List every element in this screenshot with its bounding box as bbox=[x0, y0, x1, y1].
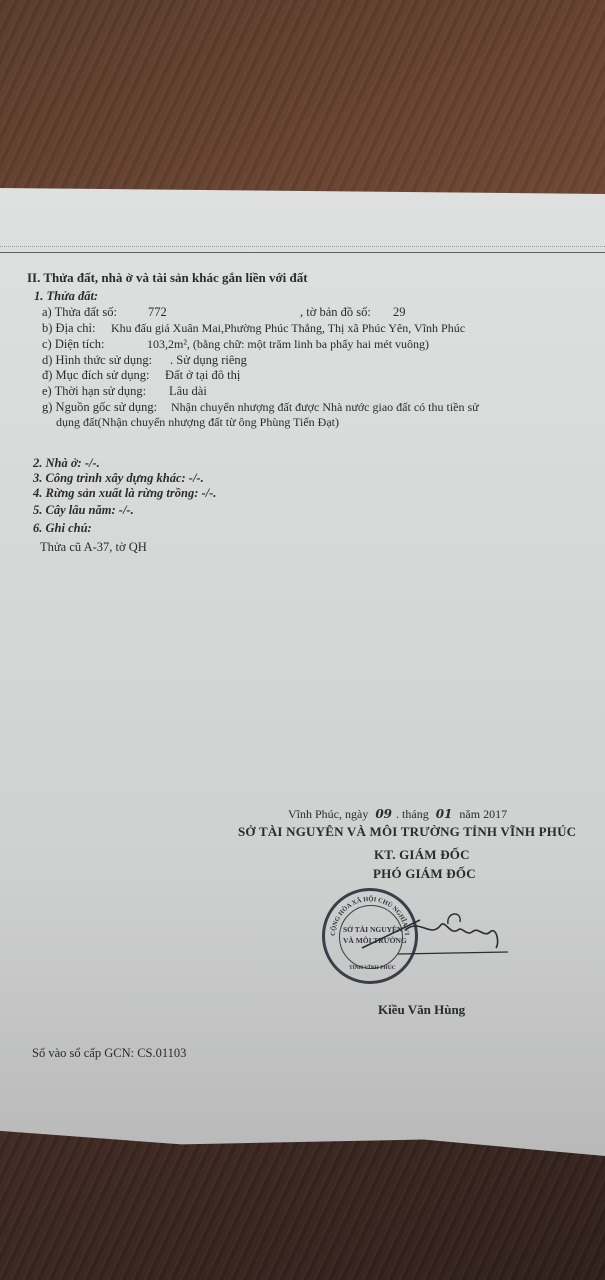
year-label: năm bbox=[459, 807, 480, 821]
item-label: 6. Ghi chú: bbox=[33, 521, 92, 535]
faint-divider bbox=[0, 246, 605, 248]
signer-title: PHÓ GIÁM ĐỐC bbox=[373, 867, 476, 881]
usage-form-label: d) Hình thức sử dụng: bbox=[42, 353, 152, 367]
place-date-prefix: Vĩnh Phúc, ngày bbox=[288, 807, 368, 821]
registry-label: Số vào sổ cấp GCN: bbox=[32, 1046, 134, 1060]
item-label: 2. Nhà ở: bbox=[33, 456, 82, 470]
day-handwritten: 09 bbox=[371, 807, 396, 821]
item-label: 3. Công trình xây dựng khác: bbox=[33, 471, 186, 485]
term-label: e) Thời hạn sử dụng: bbox=[42, 384, 146, 398]
section-divider bbox=[0, 252, 605, 253]
item-label: 5. Cây lâu năm: bbox=[33, 503, 116, 517]
address-value: Khu đấu giá Xuân Mai,Phường Phúc Thắng, … bbox=[111, 321, 465, 335]
on-behalf-title: KT. GIÁM ĐỐC bbox=[374, 848, 470, 862]
origin-label: g) Nguồn gốc sử dụng: bbox=[42, 400, 157, 414]
year-value: 2017 bbox=[483, 807, 507, 821]
agency-name: SỞ TÀI NGUYÊN VÀ MÔI TRƯỜNG TỈNH VĨNH PH… bbox=[238, 825, 576, 839]
usage-form-value: . Sử dụng riêng bbox=[170, 353, 247, 367]
note-value: Thửa cũ A-37, tờ QH bbox=[40, 540, 147, 554]
signer-name: Kiều Văn Hùng bbox=[378, 1003, 465, 1017]
purpose-label: đ) Mục đích sử dụng: bbox=[42, 368, 149, 382]
parcel-number: 772 bbox=[148, 305, 167, 319]
registry-line: Số vào sổ cấp GCN: CS.01103 bbox=[32, 1046, 186, 1060]
item-value: -/-. bbox=[189, 471, 204, 485]
section-title: II. Thửa đất, nhà ở và tài sản khác gắn … bbox=[27, 271, 308, 285]
origin-line-2: dụng đất(Nhận chuyển nhượng đất từ ông P… bbox=[56, 415, 339, 429]
term-value: Lâu dài bbox=[169, 384, 207, 398]
item-notes: 6. Ghi chú: bbox=[33, 521, 92, 535]
item-label: 4. Rừng sản xuất là rừng trồng: bbox=[33, 486, 198, 500]
registry-number: CS.01103 bbox=[137, 1046, 186, 1060]
month-handwritten: 01 bbox=[432, 807, 457, 821]
month-label: tháng bbox=[402, 807, 429, 821]
item-house: 2. Nhà ở: -/-. bbox=[33, 456, 100, 470]
item-value: -/-. bbox=[85, 456, 100, 470]
item-other-construction: 3. Công trình xây dựng khác: -/-. bbox=[33, 471, 204, 485]
place-date: Vĩnh Phúc, ngày 09. tháng 01 năm 2017 bbox=[288, 807, 507, 821]
purpose-value: Đất ở tại đô thị bbox=[165, 368, 240, 382]
seal-bottom-text: TỈNH VĨNH PHÚC bbox=[349, 965, 396, 971]
address-label: b) Địa chỉ: bbox=[42, 321, 95, 335]
item-value: -/-. bbox=[119, 503, 134, 517]
map-sheet-label: , tờ bản đồ số: bbox=[300, 305, 371, 319]
parcel-label: a) Thửa đất số: bbox=[42, 305, 117, 319]
area-label: c) Diện tích: bbox=[42, 337, 104, 351]
area-value: 103,2m², (bằng chữ: một trăm linh ba phẩ… bbox=[147, 337, 429, 351]
item-perennial-trees: 5. Cây lâu năm: -/-. bbox=[33, 503, 134, 517]
handwritten-signature bbox=[350, 908, 520, 958]
item-value: -/-. bbox=[202, 486, 217, 500]
land-heading: 1. Thửa đất: bbox=[34, 289, 98, 303]
origin-line-1: Nhận chuyển nhượng đất được Nhà nước gia… bbox=[171, 400, 479, 414]
map-sheet-number: 29 bbox=[393, 305, 406, 319]
item-planted-forest: 4. Rừng sản xuất là rừng trồng: -/-. bbox=[33, 486, 216, 500]
